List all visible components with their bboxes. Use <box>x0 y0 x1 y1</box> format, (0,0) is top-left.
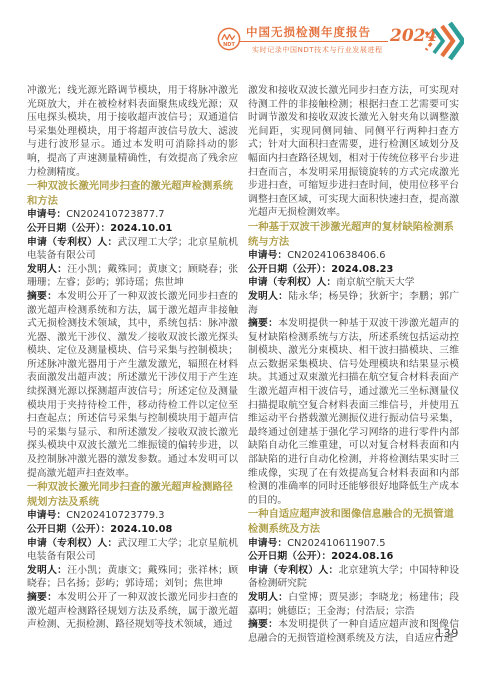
abstract-value: 本发明提供一种基于双波干涉激光超声的复材缺陷检测系统与方法，所述系统包括运动控制… <box>248 318 459 506</box>
abstract-row: 摘要：本发明公开了一种双波长激光同步扫查的激光超声检测路径规划方法及系统，属于激… <box>27 591 238 632</box>
application-number-value: CN202410723877.7 <box>66 209 164 220</box>
application-number-value: CN202410638406.6 <box>287 250 385 261</box>
applicant-label: 申请（专利权）人： <box>27 237 118 248</box>
applicant-row: 申请（专利权）人：北京建筑大学；中国特种设备检测研究院 <box>248 564 459 591</box>
inventors-label: 发明人： <box>27 264 67 275</box>
applicant-row: 申请（专利权）人：武汉理工大学；北京星航机电装备有限公司 <box>27 537 238 564</box>
applicant-value: 南京航空航天大学 <box>336 277 414 288</box>
inventors-label: 发明人： <box>248 291 288 302</box>
left-column: 冲激光；线光源光路调节模块，用于将脉冲激光光斑放大，并在被检材料表面聚焦成线光源… <box>27 84 238 645</box>
svg-text:NDT: NDT <box>223 42 235 48</box>
report-subtitle: 实时记录中国NDT技术与行业发展进程 <box>252 45 383 55</box>
patent-entry: 一种双波长激光同步扫查的激光超声检测系统和方法 申请号：CN2024107238… <box>27 179 238 480</box>
patent-title: 一种基于双波干涉激光超声的复材缺陷检测系统与方法 <box>248 220 459 249</box>
publication-date-row: 公开日期（公开）：2024.10.01 <box>27 222 238 236</box>
page-header: NDT 中国无损检测年度报告 实时记录中国NDT技术与行业发展进程 2024 <box>0 18 480 78</box>
patent-entry: 一种自适应超声波和图像信息融合的无损管道检测系统及方法 申请号：CN202410… <box>248 507 459 645</box>
publication-date-value: 2024.10.01 <box>110 223 172 234</box>
application-number-label: 申请号： <box>248 250 287 261</box>
application-number-label: 申请号： <box>248 538 287 549</box>
publication-date-value: 2024.08.16 <box>331 551 393 562</box>
applicant-label: 申请（专利权）人： <box>27 538 118 549</box>
publication-date-value: 2024.10.08 <box>110 524 172 535</box>
application-number-value: CN202410723779.3 <box>66 510 164 521</box>
publication-date-label: 公开日期（公开）： <box>27 223 110 234</box>
header-divider-line <box>240 41 388 42</box>
publication-date-label: 公开日期（公开）： <box>248 264 331 275</box>
publication-date-value: 2024.08.23 <box>331 264 393 275</box>
page-number: 139 <box>436 626 459 640</box>
applicant-label: 申请（专利权）人： <box>248 565 339 576</box>
publication-date-label: 公开日期（公开）： <box>248 551 331 562</box>
inventors-label: 发明人： <box>248 592 288 603</box>
applicant-row: 申请（专利权）人：武汉理工大学；北京星航机电装备有限公司 <box>27 236 238 263</box>
abstract-row: 摘要：本发明公开了一种双波长激光同步扫查的激光超声检测系统和方法，属于激光超声非… <box>27 290 238 480</box>
abstract-label: 摘要： <box>248 619 278 630</box>
publication-date-label: 公开日期（公开）： <box>27 524 110 535</box>
abstract-value: 本发明公开了一种双波长激光同步扫查的激光超声检测路径规划方法及系统，属于激光超声… <box>27 592 238 630</box>
patent-entry: 一种基于双波干涉激光超声的复材缺陷检测系统与方法 申请号：CN202410638… <box>248 220 459 507</box>
patent-entry: 一种双波长激光同步扫查的激光超声检测路径规划方法及系统 申请号：CN202410… <box>27 480 238 632</box>
chevrons-icon <box>424 18 464 64</box>
continuation-paragraph: 冲激光；线光源光路调节模块，用于将脉冲激光光斑放大，并在被检材料表面聚焦成线光源… <box>27 84 238 179</box>
publication-date-row: 公开日期（公开）：2024.08.23 <box>248 263 459 277</box>
patent-title: 一种双波长激光同步扫查的激光超声检测系统和方法 <box>27 179 238 208</box>
application-number-row: 申请号：CN202410638406.6 <box>248 249 459 263</box>
continuation-paragraph: 激发和接收双波长激光同步扫查方法，可实现对待测工件的非接触检测；根据扫查工艺需要… <box>248 84 459 220</box>
applicant-label: 申请（专利权）人： <box>248 277 336 288</box>
right-column: 激发和接收双波长激光同步扫查方法，可实现对待测工件的非接触检测；根据扫查工艺需要… <box>248 84 459 645</box>
application-number-row: 申请号：CN202410723779.3 <box>27 509 238 523</box>
inventors-row: 发明人：汪小凯；戴殊同；黄康文；顾晓春；张珊珊；左睿；彭屿；郭诗瑶；焦世坤 <box>27 263 238 290</box>
application-number-value: CN202410611907.5 <box>287 538 385 549</box>
application-number-label: 申请号： <box>27 510 66 521</box>
abstract-value: 本发明提供了一种自适应超声波和图像信息融合的无损管道检测系统及方法，自适应行进 <box>248 619 459 644</box>
abstract-label: 摘要： <box>27 592 57 603</box>
application-number-row: 申请号：CN202410611907.5 <box>248 537 459 551</box>
publication-date-row: 公开日期（公开）：2024.10.08 <box>27 523 238 537</box>
abstract-row: 摘要：本发明提供了一种自适应超声波和图像信息融合的无损管道检测系统及方法，自适应… <box>248 618 459 645</box>
inventors-row: 发明人：陆永华；杨昊铮；狄新宇；李鹏；郭广海 <box>248 290 459 317</box>
inventors-label: 发明人： <box>27 565 67 576</box>
patent-listing: 冲激光；线光源光路调节模块，用于将脉冲激光光斑放大，并在被检材料表面聚焦成线光源… <box>27 84 459 645</box>
inventors-row: 发明人：白堂博；贾昊澎；李晓龙；杨建伟；段嘉明；姚德臣；王金海；付浩辰；宗浩 <box>248 591 459 618</box>
inventors-row: 发明人：汪小凯；黄康文；戴殊同；张祥林；顾晓春；吕名扬；彭屿；郭诗瑶；刘钊；焦世… <box>27 564 238 591</box>
abstract-label: 摘要： <box>248 318 278 329</box>
ndt-logo-icon: NDT <box>217 27 241 51</box>
application-number-label: 申请号： <box>27 209 66 220</box>
patent-title: 一种自适应超声波和图像信息融合的无损管道检测系统及方法 <box>248 507 459 536</box>
abstract-value: 本发明公开了一种双波长激光同步扫查的激光超声检测系统和方法，属于激光超声非接触式… <box>27 291 238 479</box>
application-number-row: 申请号：CN202410723877.7 <box>27 208 238 222</box>
applicant-row: 申请（专利权）人：南京航空航天大学 <box>248 276 459 290</box>
publication-date-row: 公开日期（公开）：2024.08.16 <box>248 550 459 564</box>
abstract-label: 摘要： <box>27 291 57 302</box>
patent-title: 一种双波长激光同步扫查的激光超声检测路径规划方法及系统 <box>27 480 238 509</box>
report-title: 中国无损检测年度报告 <box>246 24 396 40</box>
abstract-row: 摘要：本发明提供一种基于双波干涉激光超声的复材缺陷检测系统与方法，所述系统包括运… <box>248 317 459 507</box>
